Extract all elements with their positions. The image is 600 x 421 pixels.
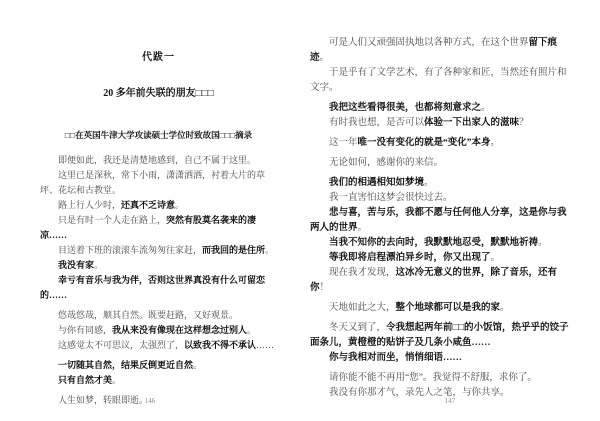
paragraph: 一切随其自然，结果反倒更近自然。 [40, 358, 277, 373]
text-run: 我把这些看得很美，也都将刻意求之 [329, 103, 481, 113]
text-run: 请你能不能不再用“您”。我觉得不舒服，求你了。 [329, 373, 537, 383]
paragraph: 有时我也想，是否可以体验一下出家人的滋味？ [310, 116, 572, 131]
text-run: ！ [320, 283, 330, 293]
text-run: 冬天又到了， [329, 323, 386, 333]
text-run: 。 [500, 303, 510, 313]
section-heading: □□在英国牛津大学攻读硕士学位时致故国□□□摘录 [40, 129, 277, 141]
text-run: 体验一下出家人的滋味 [424, 118, 519, 128]
paragraph: 现在我才发现，这冰冷无意义的世界，除了音乐，还有你！ [310, 266, 572, 296]
text-run: 幸亏有音乐与我为伴，否则这世界真没有什么可留恋的…… [40, 275, 265, 300]
text-run: 现在我才发现， [329, 268, 396, 278]
text-run: 我们的相遇相知如梦境 [329, 178, 424, 188]
paragraph: 幸亏有音乐与我为伴，否则这世界真没有什么可留恋的…… [40, 273, 277, 303]
text-run: 无论如何，感谢你的来信。 [329, 158, 443, 168]
paragraph: 这感觉太不可思议，太强烈了，以致我不得不承认…… [40, 338, 277, 353]
text-run: 与你有同感， [58, 325, 112, 335]
paragraph: 悲与喜，苦与乐，我都不愿与任何他人分享，这是你与我两人的世界。 [310, 206, 572, 236]
text-run: 。 [320, 53, 330, 63]
paragraph: 只有自然才美。 [40, 373, 277, 388]
paragraph: 只是有时一个人走在路上，突然有股莫名袭来的凄凉…… [40, 213, 277, 243]
paragraph: 我没有家。 [40, 258, 277, 273]
paragraph: 目送着下班的滚滚车流匆匆往家赶，而我回的是住所。 [40, 243, 277, 258]
paragraph: 与你有同感，我从来没有像现在这样想念过别人。 [40, 323, 277, 338]
text-run: 而我回的是住所 [202, 245, 265, 255]
text-run: 。 [265, 245, 274, 255]
text-run: 这一年 [329, 138, 358, 148]
page-number: 146 [0, 397, 300, 405]
text-run: 。 [491, 253, 501, 263]
text-run: …… [256, 340, 274, 350]
text-run: 于是乎有了文学艺术，有了各种家和匠，当然还有照片和文字。 [310, 68, 567, 93]
text-run: 悠哉悠哉，顺其自然。既要赶路，又好观景。 [58, 310, 238, 320]
page-right: 可是人们又顽强固执地以各种方式，在这个世界留下痕迹。 于是乎有了文学艺术，有了各… [300, 0, 600, 421]
paragraph: 我一直害怕这梦会很快过去。 [310, 191, 572, 206]
text-run: 即便如此，我还是清楚地感到，自己不属于这里。 [58, 155, 256, 165]
paragraph: 可是人们又顽强固执地以各种方式，在这个世界留下痕迹。 [310, 36, 572, 66]
text-run: ？ [519, 118, 529, 128]
paragraph: 即便如此，我还是清楚地感到，自己不属于这里。 [40, 153, 277, 168]
text-run: 整个地球都可以是我的家 [396, 303, 501, 313]
text-run: 。 [491, 138, 501, 148]
paragraph: 冬天又到了，令我想起两年前□□的小饭馆，热乎乎的饺子面条儿，黄橙橙的贴饼子及几条… [310, 321, 572, 351]
text-run: 你与我相对而坐，悄悄细语…… [329, 353, 462, 363]
page-left: 代跋一 20 多年前失联的朋友□□□ □□在英国牛津大学攻读硕士学位时致故国□□… [0, 0, 300, 421]
paragraph: 无论如何，感谢你的来信。 [310, 156, 572, 171]
text-run: 路上行人少时， [58, 200, 121, 210]
text-run: 有时我也想，是否可以 [329, 118, 424, 128]
text-run: 只有自然才美 [58, 375, 112, 385]
text-run: 当我不知你的去向时，我默默地忍受，默默地祈祷 [329, 238, 538, 248]
text-run: 目送着下班的滚滚车流匆匆往家赶， [58, 245, 202, 255]
paragraph: 请你能不能不再用“您”。我觉得不舒服，求你了。 [310, 371, 572, 386]
text-run: 可是人们又顽强固执地以各种方式，在这个世界 [329, 38, 529, 48]
text-run: 。 [112, 375, 121, 385]
text-run: 。 [538, 238, 548, 248]
paragraph: 当我不知你的去向时，我默默地忍受，默默地祈祷。 [310, 236, 572, 251]
right-page-body: 可是人们又顽强固执地以各种方式，在这个世界留下痕迹。 于是乎有了文学艺术，有了各… [310, 36, 572, 401]
text-run: 等我即将启程漂泊异乡时，你又出现了 [329, 253, 491, 263]
paragraph: 悠哉悠哉，顺其自然。既要赶路，又好观景。 [40, 308, 277, 323]
text-run: 我没有家 [58, 260, 94, 270]
text-run: 还真不乏诗意 [121, 200, 175, 210]
text-run: 这感觉太不可思议，太强烈了， [58, 340, 184, 350]
text-run: 一切随其自然，结果反倒更近自然 [58, 360, 193, 370]
text-run: 。 [94, 260, 103, 270]
paragraph: 这里已是深秋，常下小雨，潇潇洒洒，衬着大片的草坪、花坛和古教堂。 [40, 168, 277, 198]
text-run: 我从来没有像现在这样想念过别人 [112, 325, 247, 335]
text-run: 以致我不得不承认 [184, 340, 256, 350]
paragraph: 等我即将启程漂泊异乡时，你又出现了。 [310, 251, 572, 266]
text-run: 。 [358, 223, 368, 233]
text-run: 。 [481, 103, 491, 113]
text-run: 唯一没有变化的就是“变化”本身 [358, 138, 491, 148]
text-run: 。 [424, 178, 434, 188]
paragraph: 于是乎有了文学艺术，有了各种家和匠，当然还有照片和文字。 [310, 66, 572, 96]
page-number: 147 [300, 397, 600, 405]
paragraph: 路上行人少时，还真不乏诗意。 [40, 198, 277, 213]
paragraph: 我们的相遇相知如梦境。 [310, 176, 572, 191]
text-run: 只是有时一个人走在路上， [58, 215, 166, 225]
chapter-subtitle: 20 多年前失联的朋友□□□ [40, 84, 277, 99]
paragraph: 我把这些看得很美，也都将刻意求之。 [310, 101, 572, 116]
chapter-title: 代跋一 [40, 48, 277, 63]
book-spread: 代跋一 20 多年前失联的朋友□□□ □□在英国牛津大学攻读硕士学位时致故国□□… [0, 0, 600, 421]
paragraph: 你与我相对而坐，悄悄细语…… [310, 351, 572, 366]
text-run: 这里已是深秋，常下小雨，潇潇洒洒，衬着大片的草坪、花坛和古教堂。 [40, 170, 265, 195]
text-run: 。 [247, 325, 256, 335]
paragraph: 天地如此之大，整个地球都可以是我的家。 [310, 301, 572, 316]
text-run: 。 [193, 360, 202, 370]
left-page-body: 即便如此，我还是清楚地感到，自己不属于这里。 这里已是深秋，常下小雨，潇潇洒洒，… [40, 153, 277, 408]
text-run: 我一直害怕这梦会很快过去。 [329, 193, 453, 203]
text-run: 。 [175, 200, 184, 210]
text-run: 天地如此之大， [329, 303, 396, 313]
text-run: 悲与喜，苦与乐，我都不愿与任何他人分享，这是你与我两人的世界 [310, 208, 567, 233]
paragraph: 这一年唯一没有变化的就是“变化”本身。 [310, 136, 572, 151]
